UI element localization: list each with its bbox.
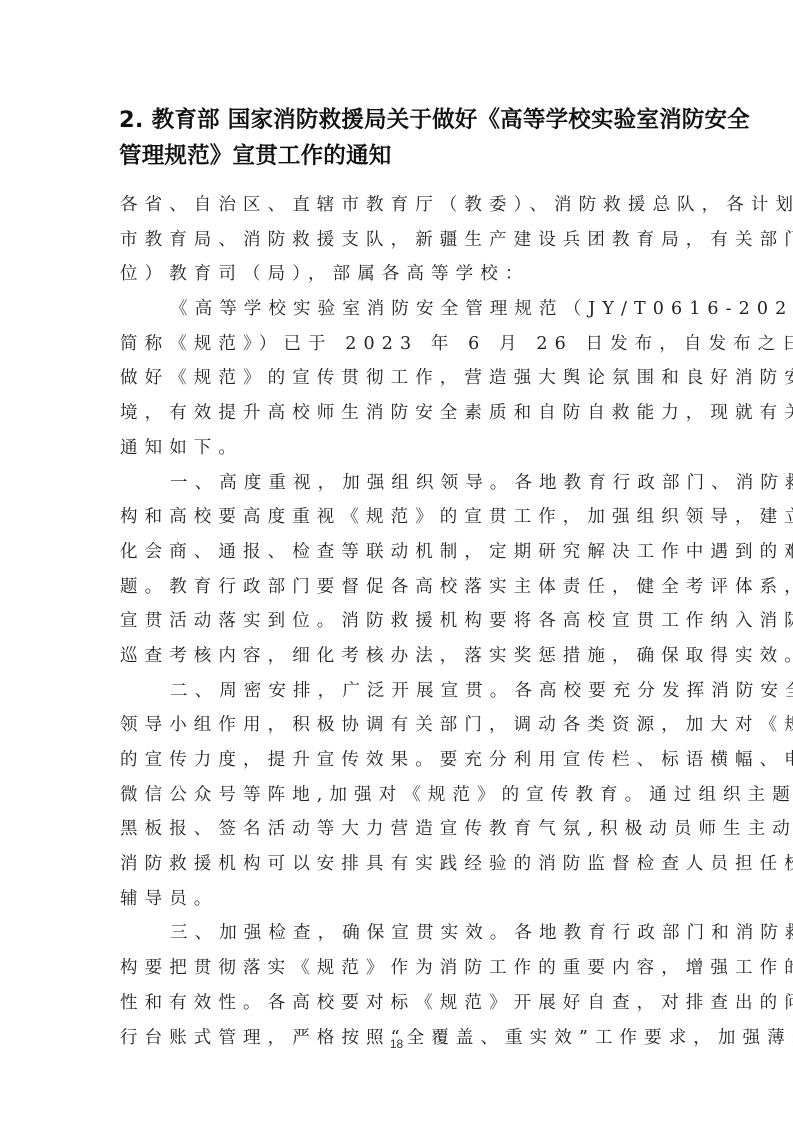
- salutation-line-1: 各省、自治区、直辖市教育厅（教委）、消防救援总队，各计划单列: [120, 188, 680, 223]
- document-title: 2. 教育部 国家消防救援局关于做好《高等学校实验室消防安全 管理规范》宣贯工作…: [119, 102, 689, 174]
- section-1-line-3: 化会商、通报、检查等联动机制，定期研究解决工作中遇到的难点问: [120, 535, 680, 570]
- page-number: 18: [0, 1037, 793, 1051]
- section-2-line-3: 的宣传力度，提升宣传效果。要充分利用宣传栏、标语横幅、电子屏、: [120, 743, 680, 778]
- intro-line-5: 通知如下。: [120, 431, 680, 466]
- section-1-line-4: 题。教育行政部门要督促各高校落实主体责任，健全考评体系，确保: [120, 570, 680, 605]
- section-3-line-1: 三、加强检查，确保宣贯实效。各地教育行政部门和消防救援机: [120, 916, 680, 951]
- section-3-line-2: 构要把贯彻落实《规范》作为消防工作的重要内容，增强工作的针对: [120, 951, 680, 986]
- salutation-line-3: 位）教育司（局），部属各高等学校：: [120, 257, 680, 292]
- section-2-line-5: 黑板报、签名活动等大力营造宣传教育气氛,积极动员师生主动参与。: [120, 812, 680, 847]
- section-2-line-1: 二、周密安排，广泛开展宣贯。各高校要充分发挥消防安全工作: [120, 674, 680, 709]
- section-1-line-2: 构和高校要高度重视《规范》的宣贯工作，加强组织领导，建立常态: [120, 500, 680, 535]
- title-line-1: 2. 教育部 国家消防救援局关于做好《高等学校实验室消防安全: [119, 102, 689, 138]
- section-2-line-2: 领导小组作用，积极协调有关部门，调动各类资源，加大对《规范》: [120, 708, 680, 743]
- intro-line-4: 境，有效提升高校师生消防安全素质和自防自救能力，现就有关事宜: [120, 396, 680, 431]
- section-2-line-7: 辅导员。: [120, 882, 680, 917]
- section-3-line-3: 性和有效性。各高校要对标《规范》开展好自查，对排查出的问题进: [120, 986, 680, 1021]
- section-1-line-5: 宣贯活动落实到位。消防救援机构要将各高校宣贯工作纳入消防工作: [120, 604, 680, 639]
- intro-line-1: 《高等学校实验室消防安全管理规范（JY/T0616-2023）》（以下: [120, 292, 680, 327]
- document-page: 2. 教育部 国家消防救援局关于做好《高等学校实验室消防安全 管理规范》宣贯工作…: [0, 0, 793, 1122]
- document-body: 各省、自治区、直辖市教育厅（教委）、消防救援总队，各计划单列 市教育局、消防救援…: [120, 188, 680, 1055]
- section-2-line-4: 微信公众号等阵地,加强对《规范》的宣传教育。通过组织主题班会、: [120, 778, 680, 813]
- title-line-2: 管理规范》宣贯工作的通知: [119, 138, 689, 174]
- salutation-line-2: 市教育局、消防救援支队，新疆生产建设兵团教育局，有关部门（单: [120, 223, 680, 258]
- section-2-line-6: 消防救援机构可以安排具有实践经验的消防监督检查人员担任校外: [120, 847, 680, 882]
- section-1-line-1: 一、高度重视，加强组织领导。各地教育行政部门、消防救援机: [120, 466, 680, 501]
- intro-line-3: 做好《规范》的宣传贯彻工作，营造强大舆论氛围和良好消防安全环: [120, 361, 680, 396]
- section-1-line-6: 巡查考核内容，细化考核办法，落实奖惩措施，确保取得实效。: [120, 639, 680, 674]
- intro-line-2: 简称《规范》）已于 2023 年 6 月 26 日发布，自发布之日起施行。为: [120, 327, 680, 362]
